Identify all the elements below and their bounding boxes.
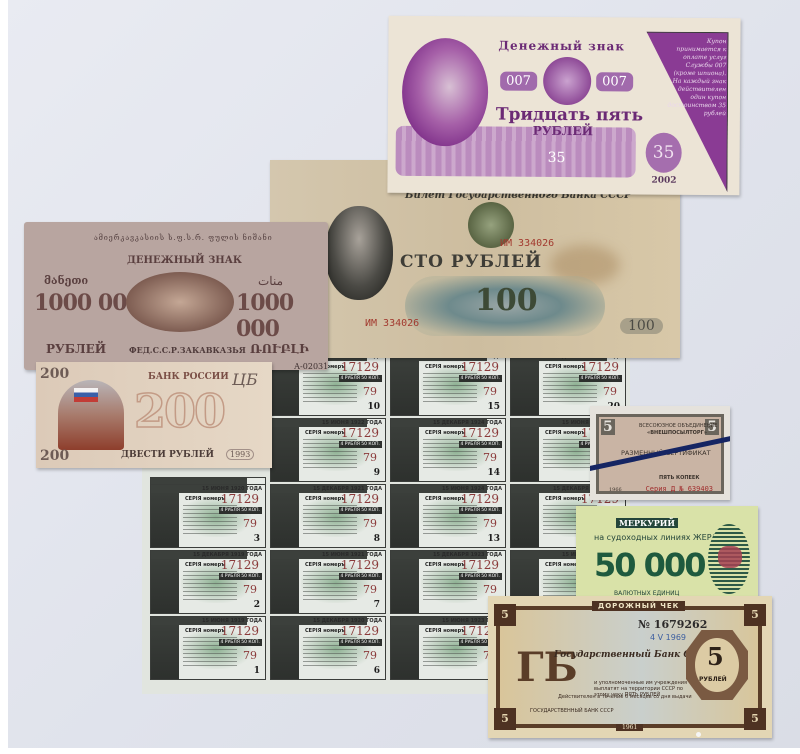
- georgian-header: ამიერკავკასიის ს.ფ.ს.რ. ფულის ნიშანი: [94, 234, 273, 242]
- coupon-index: 15: [487, 402, 500, 412]
- denomination-left: 1000 000: [34, 290, 141, 316]
- coupon-index: 14: [487, 468, 500, 478]
- corner-value-br: 5: [744, 708, 766, 730]
- coupon-serial: 17129: [461, 492, 499, 506]
- coupon-serial: 17129: [221, 558, 259, 572]
- coupon-number: 79: [363, 385, 377, 398]
- coupon-series-label: СЕРІЯ номеръ: [185, 496, 225, 502]
- coupon-index: 10: [367, 402, 380, 412]
- coupon-number: 79: [243, 649, 257, 662]
- note-header: ДЕНЕЖНЫЙ ЗНАК: [127, 255, 242, 266]
- coupon-frame: [511, 485, 539, 548]
- currency-russian: РУБЛЕЙ: [46, 342, 106, 356]
- series-right: 007: [596, 72, 633, 91]
- coupon-amount: 4 РУБЛЯ 50 КОП.: [219, 573, 263, 580]
- coupon: 15 ДЕКАБРЯ 1919 ГОДАСЕРІЯ номеръ171294 Р…: [150, 550, 266, 614]
- coupon-series-label: СЕРІЯ номеръ: [305, 562, 345, 568]
- coupon-series-label: СЕРІЯ номеръ: [545, 496, 585, 502]
- lenin-portrait: [402, 38, 489, 147]
- currency-arabic: منات: [258, 274, 283, 288]
- coupon-amount: 4 РУБЛЯ 50 КОП.: [459, 441, 503, 448]
- brand-label: МЕРКУРИЙ: [616, 518, 678, 528]
- background-edge: [0, 0, 8, 754]
- coupon-amount: 4 РУБЛЯ 50 КОП.: [219, 639, 263, 646]
- coupon: 15 ИЮНЯ 1921 ГОДАСЕРІЯ номеръ171294 РУБЛ…: [270, 550, 386, 614]
- note-header: Денежный знак: [498, 39, 625, 54]
- series-left: 007: [500, 72, 537, 91]
- validity-text: Действителен в течение 6 месяцев со дня …: [558, 694, 692, 700]
- coupon-series-label: СЕРІЯ номеръ: [425, 364, 465, 370]
- coupon-number: 79: [243, 517, 257, 530]
- coupon: 15 ИЮНЯ 1924 ГОДАСЕРІЯ номеръ171294 РУБЛ…: [390, 484, 506, 548]
- coupon-serial: 17129: [581, 360, 619, 374]
- coupon-frame: [271, 551, 299, 614]
- coupon-serial: 17129: [341, 624, 379, 638]
- coupon-amount: 4 РУБЛЯ 50 КОП.: [579, 375, 623, 382]
- coupon-index: 7: [374, 600, 380, 610]
- corner-value-tr: 5: [744, 604, 766, 626]
- cheque-title: ДОРОЖНЫЙ ЧЕК: [592, 601, 685, 611]
- coupon-frame: [271, 419, 299, 482]
- coupon: 15 ДЕКАБРЯ 1920 ГОДАСЕРІЯ номеръ171294 Р…: [270, 616, 386, 680]
- coupon-amount: 4 РУБЛЯ 50 КОП.: [459, 573, 503, 580]
- lenin-portrait: [325, 206, 393, 300]
- banknote-1000000-rubles: ამიერკავკასიის ს.ფ.ს.რ. ფულის ნიშანი ДЕН…: [24, 222, 328, 370]
- travel-cheque-5-rubles: 5 5 5 5 ДОРОЖНЫЙ ЧЕК № 1679262 4 V 1969 …: [488, 596, 772, 738]
- currency-armenian: ՌՈՒԲԼԻ: [250, 342, 309, 356]
- coupon-amount: 4 РУБЛЯ 50 КОП.: [219, 507, 263, 514]
- denomination: ПЯТЬ КОПЕЕК: [659, 475, 699, 481]
- corner-value-bl: 5: [494, 708, 516, 730]
- coupon-index: 3: [254, 534, 260, 544]
- coupon-frame: [391, 551, 419, 614]
- coupon-number: 79: [483, 583, 497, 596]
- ussr-emblem-icon: [543, 57, 591, 105]
- russian-flag-icon: [74, 388, 98, 402]
- coupon-frame: [391, 485, 419, 548]
- coupon-frame: [391, 353, 419, 416]
- voucher-50000: МЕРКУРИЙ на судоходных линиях ЖЕРА 50 00…: [576, 506, 758, 602]
- coupon-serial: 17129: [221, 492, 259, 506]
- coupon-amount: 4 РУБЛЯ 50 КОП.: [339, 507, 383, 514]
- denomination-circle: 35: [646, 133, 682, 173]
- serial-number: ИМ 334026: [500, 238, 554, 249]
- coupon-serial: 17129: [341, 426, 379, 440]
- coupon: 15 ДЕКАБРЯ 1921 ГОДАСЕРІЯ номеръ171294 Р…: [270, 484, 386, 548]
- coupon-serial: 17129: [341, 492, 379, 506]
- denomination-words: ДВЕСТИ РУБЛЕЙ: [121, 450, 214, 460]
- denomination-subtitle: РУБЛЕЙ: [533, 124, 593, 138]
- coupon-series-label: СЕРІЯ номеръ: [425, 562, 465, 568]
- corner-value-left: 5: [601, 419, 615, 435]
- coupon-serial: 17129: [461, 426, 499, 440]
- coupon: 15 ИЮНЯ 1920 ГОДАСЕРІЯ номеръ171294 РУБЛ…: [150, 484, 266, 548]
- banknote-35-rubles: Денежный знак 007 007 Тридцать пять РУБЛ…: [387, 16, 740, 195]
- coupon-number: 79: [363, 451, 377, 464]
- coupon-series-label: СЕРІЯ номеръ: [545, 430, 585, 436]
- coupon-text: Купон принимается к оплате услуг Службы …: [664, 38, 727, 118]
- coupon: 15 ИЮНЯ 1922 ГОДАСЕРІЯ номеръ171294 РУБЛ…: [270, 418, 386, 482]
- coupon-amount: 4 РУБЛЯ 50 КОП.: [459, 507, 503, 514]
- coupon-index: 9: [374, 468, 380, 478]
- issuer: ФЕД.С.С.Р.ЗАКАВКАЗЬЯ: [129, 345, 246, 355]
- coupon-frame: [271, 485, 299, 548]
- banknote-200-rubles: 200 БАНК РОССИИ ЦБ 200 200 ДВЕСТИ РУБЛЕЙ…: [36, 362, 272, 468]
- coupon-serial: 17129: [341, 360, 379, 374]
- denomination-value: 200: [134, 384, 224, 438]
- coupon-series-label: СЕРІЯ номеръ: [305, 430, 345, 436]
- denomination-value: 100: [475, 283, 538, 318]
- denomination-title: СТО РУБЛЕЙ: [400, 252, 542, 272]
- coupon-number: 79: [363, 517, 377, 530]
- coupon-amount: 4 РУБЛЯ 50 КОП.: [339, 639, 383, 646]
- coupon-number: 79: [363, 583, 377, 596]
- coupon-index: 1: [254, 666, 260, 676]
- coupon-index: 13: [487, 534, 500, 544]
- corner-value-bottom: 200: [40, 448, 69, 464]
- coupon-frame: [391, 419, 419, 482]
- voucher-subtitle: на судоходных линиях ЖЕРА: [594, 533, 717, 542]
- coupon-number: 79: [483, 517, 497, 530]
- note-year: 1993: [226, 449, 254, 460]
- coupon-frame: [391, 617, 419, 680]
- corner-value-tl: 5: [494, 604, 516, 626]
- denomination-value: 5: [707, 642, 724, 671]
- coupon-index: 6: [374, 666, 380, 676]
- coupon-index: 8: [374, 534, 380, 544]
- bank-name: БАНК РОССИИ: [148, 372, 229, 382]
- denomination-right: 1000 000: [236, 290, 328, 342]
- punch-hole: [696, 732, 701, 737]
- coupon-number: 79: [603, 385, 617, 398]
- coupon-frame: [151, 485, 179, 548]
- cheque-date-stamp: 4 V 1969: [650, 633, 686, 642]
- serial-number-lower: ИМ 334026: [365, 318, 419, 329]
- coupon-frame: [151, 551, 179, 614]
- coupon-amount: 4 РУБЛЯ 50 КОП.: [339, 375, 383, 382]
- coupon-series-label: СЕРІЯ номеръ: [305, 496, 345, 502]
- coupon-series-label: СЕРІЯ номеръ: [425, 496, 465, 502]
- coupon-amount: 4 РУБЛЯ 50 КОП.: [339, 573, 383, 580]
- coupon-number: 79: [483, 451, 497, 464]
- building-vignette: [126, 272, 234, 332]
- coupon-series-label: СЕРІЯ номеръ: [425, 430, 465, 436]
- coupon-serial: 17129: [461, 360, 499, 374]
- certificate-year: 1966: [609, 487, 622, 493]
- cheque-year: 1961: [616, 724, 643, 731]
- medallion-accent: [718, 546, 742, 568]
- denomination-title: Тридцать пять: [496, 105, 643, 126]
- coupon: 15 ДЕКАБРЯ 1924 ГОДАСЕРІЯ номеръ171294 Р…: [390, 418, 506, 482]
- denomination-small: 100: [620, 318, 663, 334]
- coupon-series-label: СЕРІЯ номеръ: [425, 628, 465, 634]
- coupon: 15 ИЮНЯ 1925 ГОДАСЕРІЯ номеръ171294 РУБЛ…: [390, 352, 506, 416]
- coupon-frame: [271, 617, 299, 680]
- coupon: 15 ИЮНЯ 1919 ГОДАСЕРІЯ номеръ171294 РУБЛ…: [150, 616, 266, 680]
- coupon-serial: 17129: [221, 624, 259, 638]
- currency-georgian: მანეთი: [44, 274, 88, 287]
- coupon-series-label: СЕРІЯ номеръ: [185, 562, 225, 568]
- coupon-frame: [151, 617, 179, 680]
- coupon-index: 2: [254, 600, 260, 610]
- org-line-2: «ВНЕШПОСЫЛТОРГ»: [647, 430, 707, 436]
- note-year: 2002: [651, 176, 676, 186]
- issuer-text: ГОСУДАРСТВЕННЫЙ БАНК СССР: [530, 708, 614, 714]
- serial-number: Серия Д № 639403: [646, 485, 713, 493]
- coupon-frame: [511, 353, 539, 416]
- org-line-1: ВСЕСОЮЗНОЕ ОБЪЕДИНЕНИЕ: [639, 423, 717, 429]
- coupon-amount: 4 РУБЛЯ 50 КОП.: [339, 441, 383, 448]
- coupon-amount: 4 РУБЛЯ 50 КОП.: [459, 375, 503, 382]
- cheque-number: № 1679262: [638, 618, 707, 631]
- cbr-logo-icon: ЦБ: [232, 370, 258, 389]
- coupon-number: 79: [483, 385, 497, 398]
- coupon-series-label: СЕРІЯ номеръ: [185, 628, 225, 634]
- coupon-serial: 17129: [341, 558, 379, 572]
- coupon-series-label: СЕРІЯ номеръ: [305, 628, 345, 634]
- corner-value-top: 200: [40, 366, 69, 382]
- background-edge-bottom: [0, 748, 800, 754]
- coupon-number: 79: [363, 649, 377, 662]
- coupon-series-label: СЕРІЯ номеръ: [545, 364, 585, 370]
- currency-label: РУБЛЕЙ: [699, 676, 727, 683]
- denomination-value: 35: [548, 150, 566, 166]
- denomination-value: 50 000: [594, 546, 704, 584]
- coupon-number: 79: [243, 583, 257, 596]
- serial-number: А-02031: [294, 362, 328, 370]
- coupon-serial: 17129: [461, 558, 499, 572]
- coupon-frame: [511, 419, 539, 482]
- certificate-5-kopecks: 5 5 ВСЕСОЮЗНОЕ ОБЪЕДИНЕНИЕ «ВНЕШПОСЫЛТОР…: [590, 406, 730, 500]
